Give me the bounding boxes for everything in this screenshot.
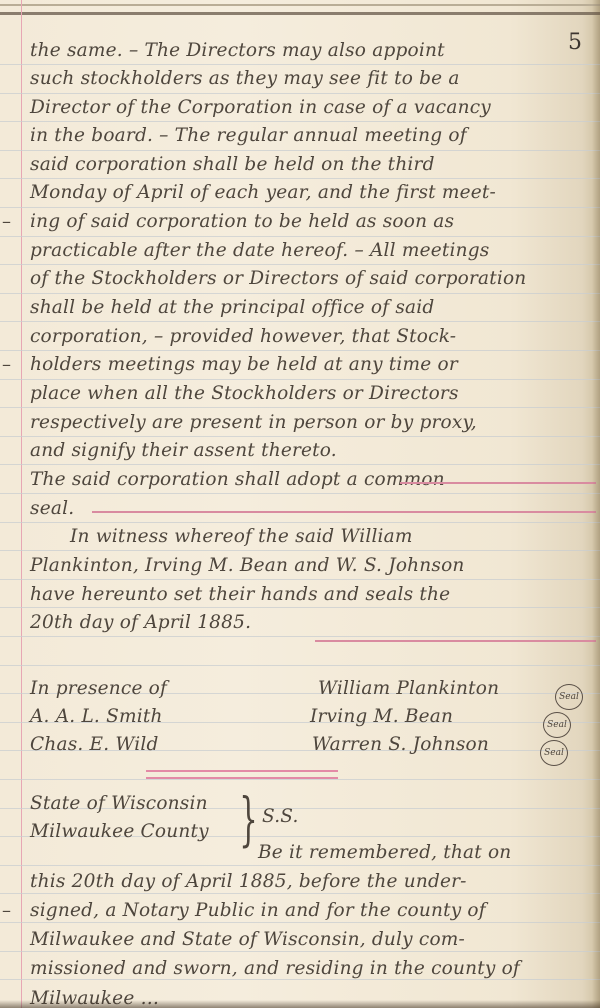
margin-hyphen: – [2,211,11,232]
ack-line: this 20th day of April 1885, before the … [30,871,467,892]
text-line: In witness whereof the said William [70,526,413,547]
page-number: 5 [568,30,582,55]
ack-line: missioned and sworn, and residing in the… [30,958,520,979]
ruled-line [0,350,600,351]
ledger-page: 5 the same. – The Directors may also app… [0,0,600,1008]
ruled-line [0,579,600,580]
ruled-line [0,522,600,523]
ruled-line [0,922,600,923]
witness-double-rule [146,770,338,779]
ack-line: signed, a Notary Public in and for the c… [30,900,486,921]
text-line: Monday of April of each year, and the fi… [30,182,496,203]
ruled-line [0,951,600,952]
ruled-line [0,150,600,151]
text-line: have hereunto set their hands and seals … [30,584,450,605]
top-border-rule [0,4,600,6]
ruled-line [0,207,600,208]
ruled-line [0,436,600,437]
text-line: respectively are present in person or by… [30,412,477,433]
text-line: Plankinton, Irving M. Bean and W. S. Joh… [30,555,465,576]
ruled-line [0,407,600,408]
ack-line: Be it remembered, that on [258,842,511,863]
page-edge-shadow [592,0,600,1008]
text-line: practicable after the date hereof. – All… [30,240,490,261]
signatory-name: William Plankinton [318,678,499,699]
seal-mark: Seal [555,684,583,710]
text-line: ing of said corporation to be held as so… [30,211,454,232]
venue-ss: S.S. [262,806,299,827]
text-line: The said corporation shall adopt a commo… [30,469,445,490]
page-bottom-shadow [0,1000,600,1008]
text-line: of the Stockholders or Directors of said… [30,268,526,289]
ruled-line [0,779,600,780]
brace: } [239,790,257,848]
text-line: shall be held at the principal office of… [30,297,434,318]
ruled-line [0,64,600,65]
venue-state: State of Wisconsin [30,793,208,814]
ruled-line [0,636,600,637]
text-line: corporation, – provided however, that St… [30,326,456,347]
text-line: in the board. – The regular annual meeti… [30,125,467,146]
signatory-name: Irving M. Bean [310,706,453,727]
ruled-line [0,979,600,980]
ruled-line [0,379,600,380]
text-line: seal. [30,498,74,519]
line-fill-rule [315,640,596,642]
left-margin-line [21,0,22,1008]
text-line: and signify their assent thereto. [30,440,337,461]
seal-mark: Seal [543,712,571,738]
ruled-line [0,236,600,237]
ruled-line [0,121,600,122]
ruled-line [0,178,600,179]
ruled-line [0,865,600,866]
ruled-line [0,665,600,666]
text-line: such stockholders as they may see fit to… [30,68,460,89]
ruled-line [0,264,600,265]
seal-mark: Seal [540,740,568,766]
margin-hyphen: – [2,354,11,375]
ruled-line [0,293,600,294]
text-line: Director of the Corporation in case of a… [30,97,491,118]
line-fill-rule [400,482,596,484]
text-line: 20th day of April 1885. [30,612,251,633]
ack-line: Milwaukee and State of Wisconsin, duly c… [30,929,465,950]
signatory-name: Warren S. Johnson [312,734,489,755]
witness-name: Chas. E. Wild [30,734,159,755]
line-fill-rule [92,511,596,513]
venue-county: Milwaukee County [30,821,209,842]
witness-name: A. A. L. Smith [30,706,163,727]
text-line: holders meetings may be held at any time… [30,354,458,375]
ruled-line [0,550,600,551]
ruled-line [0,464,600,465]
text-line: place when all the Stockholders or Direc… [30,383,459,404]
text-line: the same. – The Directors may also appoi… [30,40,445,61]
ruled-line [0,607,600,608]
margin-hyphen: – [2,900,11,921]
top-border-rule-heavy [0,12,600,15]
ruled-line [0,493,600,494]
text-line: said corporation shall be held on the th… [30,154,435,175]
ruled-line [0,321,600,322]
ruled-line [0,893,600,894]
witness-heading: In presence of [30,678,167,699]
ruled-line [0,93,600,94]
